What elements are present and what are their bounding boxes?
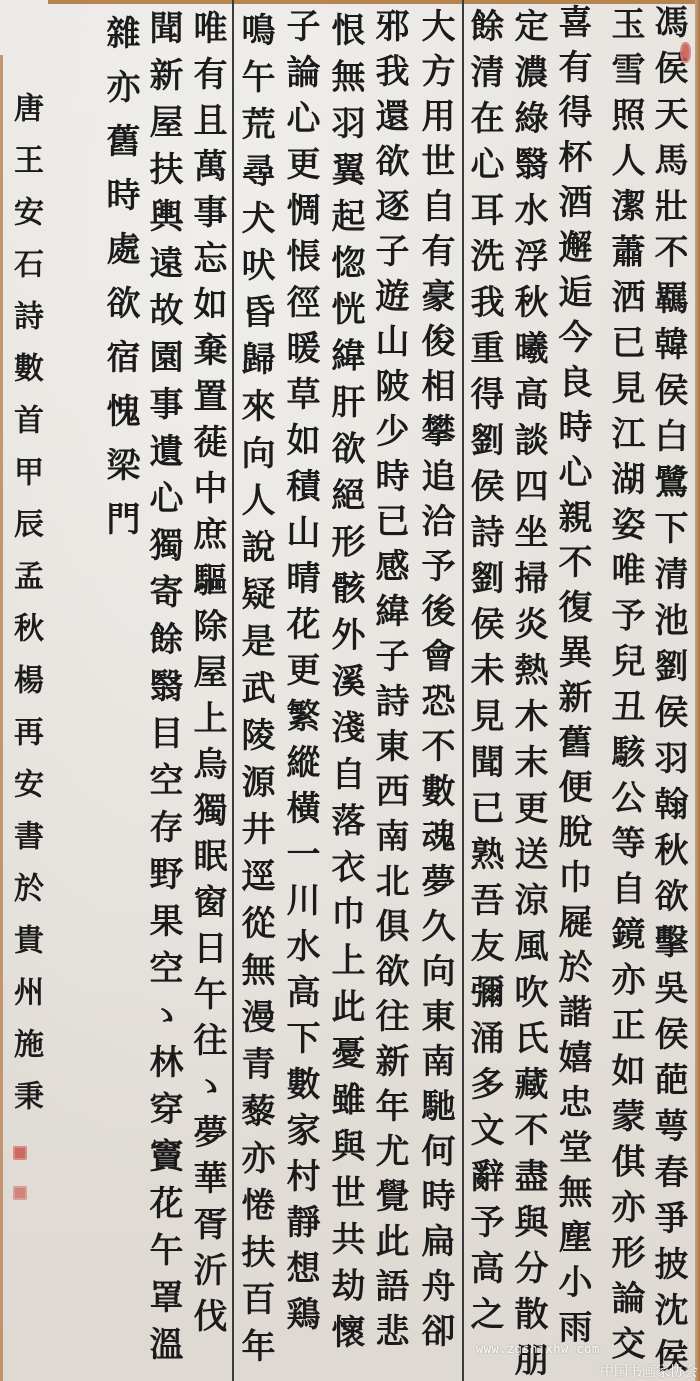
text-column-9: 子論心更惆悵徑暖草如積山晴花更繁縱橫一川水高下數家村靜想鶏 xyxy=(283,8,317,1342)
text-column-11: 唯有且萬事忘如棄置蓰中庶驅除屋上烏獨眠窗日午往ゝ夢華胥沂伐 xyxy=(190,10,224,1344)
text-column-10: 鳴午荒尋犬吠昏歸來向人說疑是武陵源井逕從無漫青藜亦惓扶百年 xyxy=(238,12,272,1375)
watermark-url: www.zgshjxhw.com xyxy=(476,1342,600,1356)
text-column-3: 喜有得杯酒邂逅今良時心親不復異新舊便脫巾屣於諧嬉忠堂無塵小雨 xyxy=(555,4,589,1354)
artist-inscription: 唐王安石詩數首甲辰孟秋楊再安書於貴州施秉 xyxy=(10,92,40,1132)
text-column-2: 玉雪照人潔蕭洒已見江湖姿唯予兒丑駭公等自鏡亦正如蒙倛亦形論交 xyxy=(608,6,642,1371)
column-divider-left xyxy=(232,0,234,1381)
text-column-4: 定濃綠翳水浮秋曦高談四坐掃炎熱木末更送涼風吹氏藏不盡與分散朋 xyxy=(511,8,545,1381)
wooden-frame-right-edge xyxy=(695,0,700,1381)
text-column-5: 餘清在心耳洗我重得劉侯詩劉侯未見聞已熟吾友彌涌多文辭予高之 xyxy=(467,8,501,1342)
watermark-organization: 中国书画家协会 xyxy=(600,1361,698,1381)
text-column-6: 大方用世自有豪俊相攀追洽予後會恐不數魂夢久向東南馳何時扁舟卻 xyxy=(418,8,452,1358)
text-column-12: 聞新屋扶輿遠故園事遺心獨寄餘翳目空存野果空ゝ林穿竇花午罩溫 xyxy=(146,10,180,1373)
text-column-8: 恨無羽翼起惚恍緯肝欲絕形骸外溪淺自落衣巾上此憂雖與世共劫懷 xyxy=(328,12,362,1361)
seal-artist-name xyxy=(13,1146,27,1160)
text-column-1: 馮侯天馬壯不羈韓侯白鷺下清池劉侯羽翰秋欲擊吳侯葩萼春爭披沈侯 xyxy=(651,4,685,1381)
wooden-frame-left-edge xyxy=(0,55,3,1381)
wooden-frame-top-edge xyxy=(48,0,700,4)
seal-top-right xyxy=(680,42,691,63)
seal-artist-studio xyxy=(13,1186,27,1200)
text-column-13: 雜亦舊時處欲宿愧梁門 xyxy=(103,15,137,555)
text-column-7: 邪我還欲逐子遊山陂少時已感緯子詩東西南北俱欲往新年尤覺此語悲 xyxy=(372,8,406,1358)
